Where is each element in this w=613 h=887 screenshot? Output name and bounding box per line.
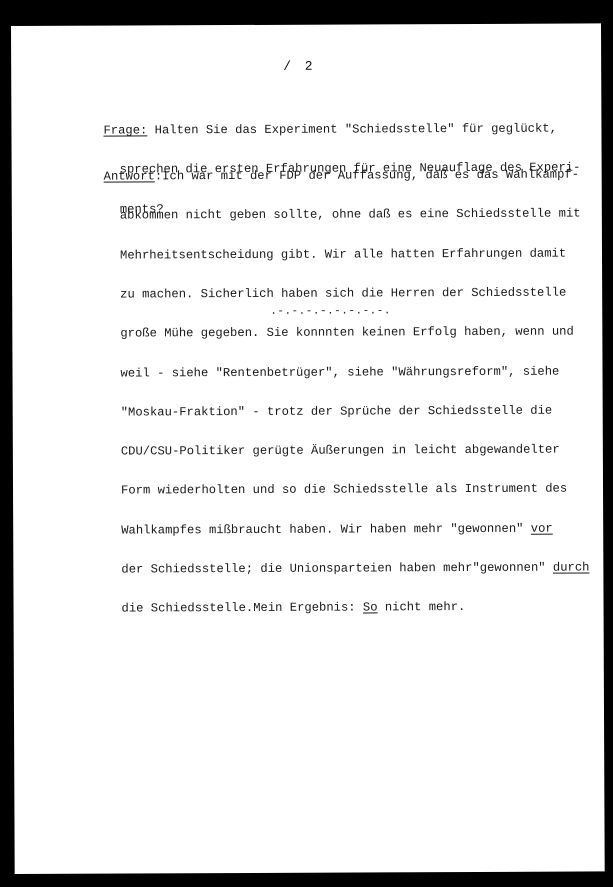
answer-line-8: CDU/CSU-Politiker gerügte Äußerungen in …	[105, 444, 575, 459]
answer-line-12-text: die Schiedsstelle.Mein Ergebnis:	[122, 601, 363, 616]
answer-line-9: Form wiederholten und so die Schiedsstel…	[105, 483, 575, 498]
answer-line-11-text: der Schiedsstelle; die Unionsparteien ha…	[121, 561, 553, 577]
answer-line-4: zu machen. Sicherlich haben sich die Her…	[104, 287, 574, 302]
underlined-so: So	[363, 601, 378, 615]
question-label: Frage:	[103, 124, 147, 138]
section-separator: .-.-.-.-.-.-.-.-.	[270, 305, 391, 318]
answer-block: Antwort:Ich war mit der FDP der Auffassu…	[104, 143, 576, 643]
answer-line-2: abkommen nicht geben sollte, ohne daß es…	[104, 208, 574, 223]
underlined-vor: vor	[531, 521, 553, 535]
page-number: / 2	[283, 59, 315, 74]
answer-text: :Ich war mit der FDP der Auffassung, daß…	[155, 168, 579, 184]
underlined-durch: durch	[553, 560, 590, 574]
answer-line-12-suffix: nicht mehr.	[378, 600, 466, 614]
answer-line-10: Wahlkampfes mißbraucht haben. Wir haben …	[105, 522, 575, 537]
answer-line-5: große Mühe gegeben. Sie konnnten keinen …	[104, 326, 574, 341]
answer-line-10-text: Wahlkampfes mißbraucht haben. Wir haben …	[121, 521, 531, 537]
answer-line-11: der Schiedsstelle; die Unionsparteien ha…	[105, 562, 575, 577]
answer-label: Antwort	[104, 170, 155, 184]
answer-line-1: Antwort:Ich war mit der FDP der Auffassu…	[104, 169, 574, 184]
answer-line-7: "Moskau-Fraktion" - trotz der Sprüche de…	[105, 404, 575, 419]
question-line-1: Frage: Halten Sie das Experiment "Schied…	[103, 123, 573, 138]
answer-line-3: Mehrheitsentscheidung gibt. Wir alle hat…	[104, 247, 574, 262]
document-page: / 2 Frage: Halten Sie das Experiment "Sc…	[11, 23, 605, 874]
answer-line-12: die Schiedsstelle.Mein Ergebnis: So nich…	[106, 601, 576, 616]
answer-line-6: weil - siehe "Rentenbetrüger", siehe "Wä…	[104, 365, 574, 380]
question-text: Halten Sie das Experiment "Schiedsstelle…	[147, 122, 557, 138]
